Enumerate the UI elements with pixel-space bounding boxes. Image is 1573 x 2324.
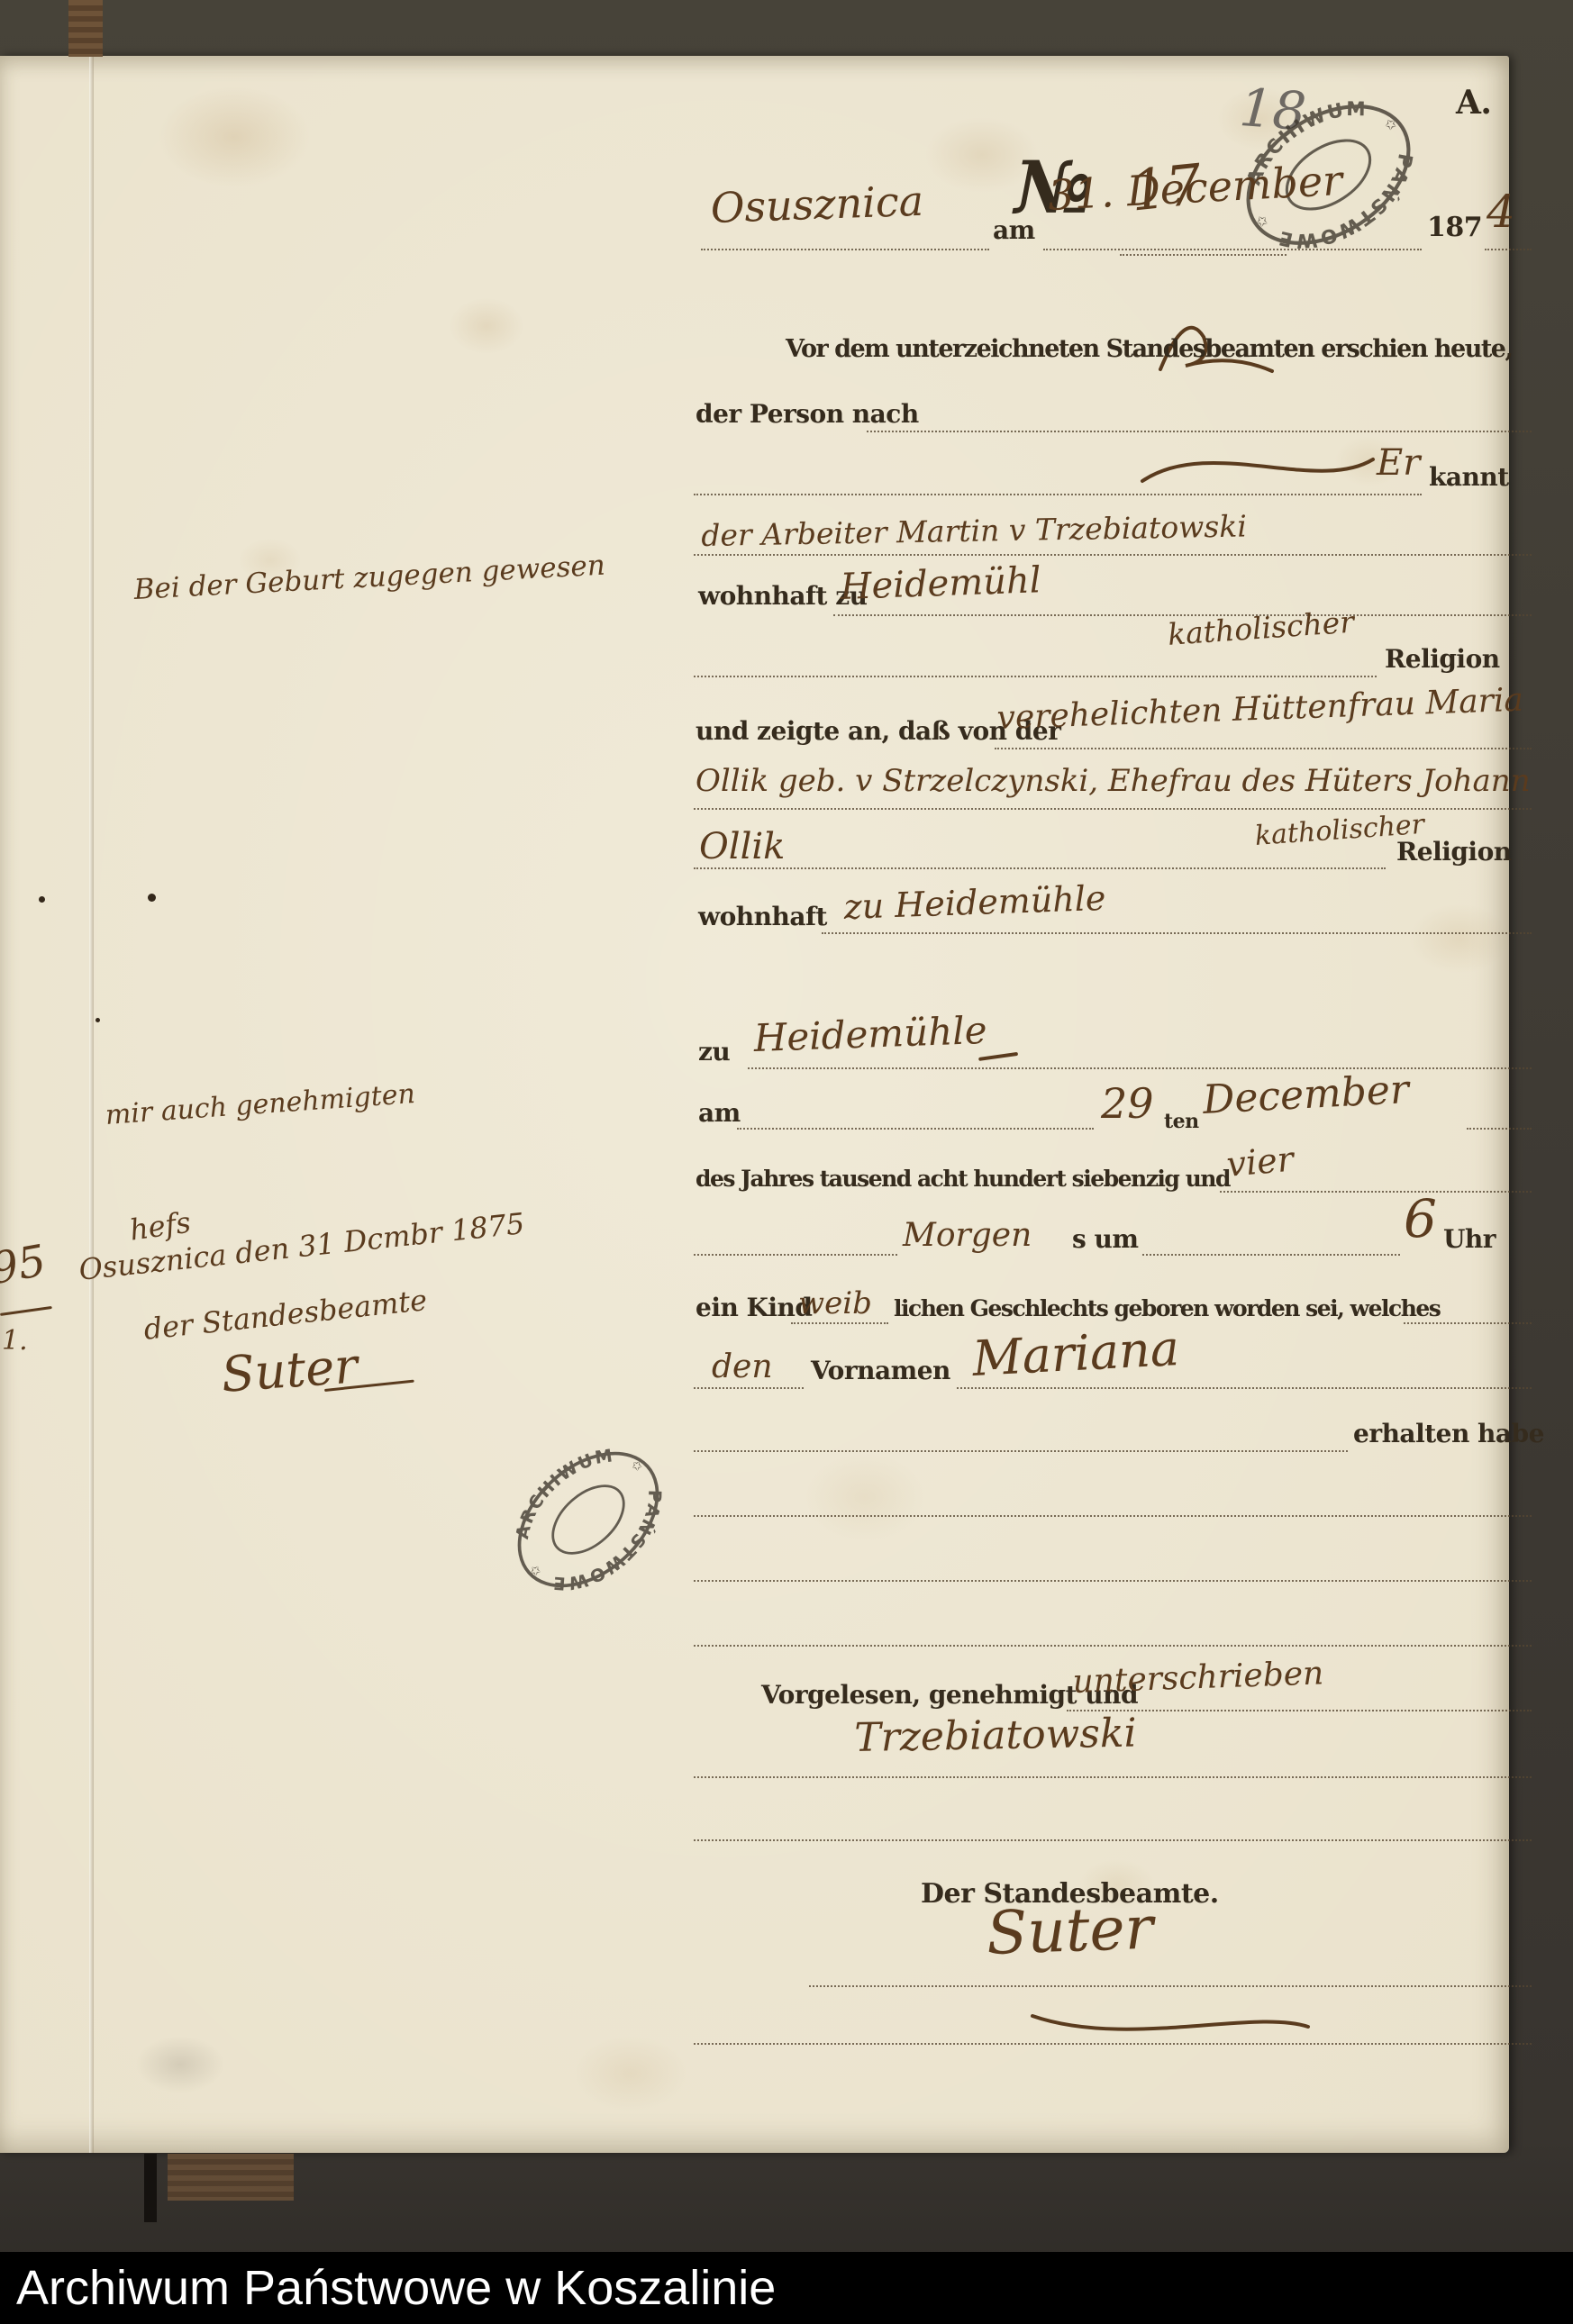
- entry-declarant: der Arbeiter Martin v Trzebiatowski: [701, 511, 1247, 550]
- entry-unterschrieben: unterschrieben: [1072, 1657, 1324, 1699]
- form-kannt: kannt: [1429, 465, 1509, 490]
- dotted-line: [1485, 249, 1532, 250]
- entry-first-name: Mariana: [971, 1324, 1180, 1384]
- form-year-words: des Jahres tausend acht hundert siebenzi…: [696, 1167, 1230, 1190]
- margin-cert-word: hefs: [128, 1208, 193, 1245]
- archive-name-label: Archiwum Państwowe w Koszalinie: [0, 2252, 1573, 2324]
- dotted-line: [1067, 1710, 1532, 1711]
- form-wohnhaft: wohnhaft: [698, 904, 827, 930]
- entry-birth-month: December: [1202, 1070, 1410, 1121]
- form-intro-line: Vor dem unterzeichneten Standesbeamten e…: [786, 337, 1512, 361]
- form-ten-suffix: ten: [1164, 1112, 1199, 1131]
- dotted-line: [694, 867, 1386, 869]
- dotted-line: [822, 932, 1532, 934]
- entry-hour: 6: [1404, 1193, 1437, 1245]
- footer-bar: Archiwum Państwowe w Koszalinie: [0, 2252, 1573, 2324]
- entry-birthplace: Heidemühle: [753, 1012, 987, 1058]
- scan-scene: A. № 17 18 ARCHIWUM PAŃSTWOWE ✩ ✩ Osuszn…: [0, 0, 1573, 2324]
- form-s-um: s um: [1072, 1227, 1139, 1252]
- edge-fragment-number: 95: [0, 1239, 49, 1291]
- dotted-line: [701, 249, 989, 250]
- dotted-line: [1467, 1128, 1532, 1130]
- entry-gender: weib: [798, 1288, 872, 1319]
- entry-time-of-day: Morgen: [903, 1220, 1032, 1252]
- stamp-star-right-icon: ✩: [1381, 114, 1400, 134]
- dotted-line: [995, 748, 1532, 749]
- dotted-line: [694, 554, 1532, 556]
- dotted-line: [694, 1776, 1532, 1778]
- dotted-line: [694, 1450, 1348, 1452]
- stamp-star-right-icon: ✩: [629, 1457, 647, 1475]
- dotted-line: [1043, 249, 1422, 250]
- edge-fragment-mark: 1.: [2, 1328, 28, 1355]
- form-religion-label-2: Religion: [1396, 840, 1512, 865]
- dotted-line: [1404, 1322, 1532, 1324]
- stamp-star-left-icon: ✩: [1253, 212, 1272, 231]
- dotted-line: [694, 1839, 1532, 1841]
- dotted-line: [1220, 1191, 1532, 1193]
- dotted-line: [737, 1128, 1094, 1130]
- entry-den: den: [712, 1351, 773, 1384]
- form-zu: zu: [698, 1039, 730, 1065]
- entry-mother-line3: Ollik: [699, 829, 785, 865]
- dotted-line: [791, 1322, 888, 1324]
- entry-birth-day: 29: [1101, 1083, 1154, 1124]
- form-person-nach: der Person nach: [696, 402, 919, 427]
- dotted-line: [957, 1387, 1532, 1389]
- dotted-line: [694, 1580, 1532, 1582]
- binding-threads-bottom: [168, 2154, 294, 2201]
- dotted-line: [694, 494, 1422, 495]
- entry-residence-2: zu Heidemühle: [843, 881, 1106, 924]
- dotted-line: [694, 1645, 1532, 1647]
- dotted-line: [809, 1985, 1532, 1987]
- form-uhr: Uhr: [1443, 1227, 1496, 1252]
- dotted-line: [694, 676, 1377, 677]
- page-fold-crease: [89, 56, 94, 2153]
- header-year-digit: 4: [1487, 189, 1515, 234]
- form-religion-label-1: Religion: [1385, 647, 1500, 672]
- form-erhalten-habe: erhalten habe: [1353, 1421, 1544, 1447]
- form-geschlecht-line: lichen Geschlechts geboren worden sei, w…: [894, 1297, 1440, 1320]
- dotted-line: [694, 1254, 897, 1256]
- signature-flourish: [1027, 2007, 1315, 2050]
- dotted-line: [694, 1515, 1532, 1517]
- form-ein-kind: ein Kind: [696, 1295, 812, 1321]
- ink-speck: [39, 896, 45, 903]
- entry-year-word: vier: [1225, 1142, 1295, 1182]
- form-vornamen: Vornamen: [811, 1358, 950, 1384]
- form-corner-letter: A.: [1456, 86, 1491, 119]
- ink-swash: [1137, 443, 1378, 490]
- header-am-label: am: [993, 218, 1035, 243]
- ink-speck: [148, 894, 156, 902]
- dotted-line: [748, 1067, 1532, 1069]
- margin-cert-signature: Suter: [220, 1341, 359, 1399]
- stamp-star-left-icon: ✩: [527, 1562, 545, 1580]
- entry-mother-line2: Ollik geb. v Strzelczynski, Ehefrau des …: [696, 766, 1531, 796]
- form-am: am: [698, 1101, 741, 1126]
- signature-registrar: Suter: [986, 1899, 1154, 1964]
- dotted-line: [1120, 254, 1287, 256]
- dotted-line: [1142, 1254, 1400, 1256]
- dotted-line: [694, 1387, 804, 1389]
- ink-speck: [95, 1018, 100, 1022]
- dotted-line: [867, 431, 1532, 432]
- binding-threads-top: [68, 0, 103, 57]
- entry-residence: Heidemühl: [840, 562, 1041, 605]
- header-place: Osusznica: [710, 180, 924, 229]
- entry-erkannt-prefix: Er: [1377, 445, 1420, 481]
- header-year-printed: 187: [1427, 214, 1482, 241]
- binding-shadow-bottom: [144, 2154, 157, 2222]
- signature-declarant: Trzebiatowski: [854, 1714, 1137, 1758]
